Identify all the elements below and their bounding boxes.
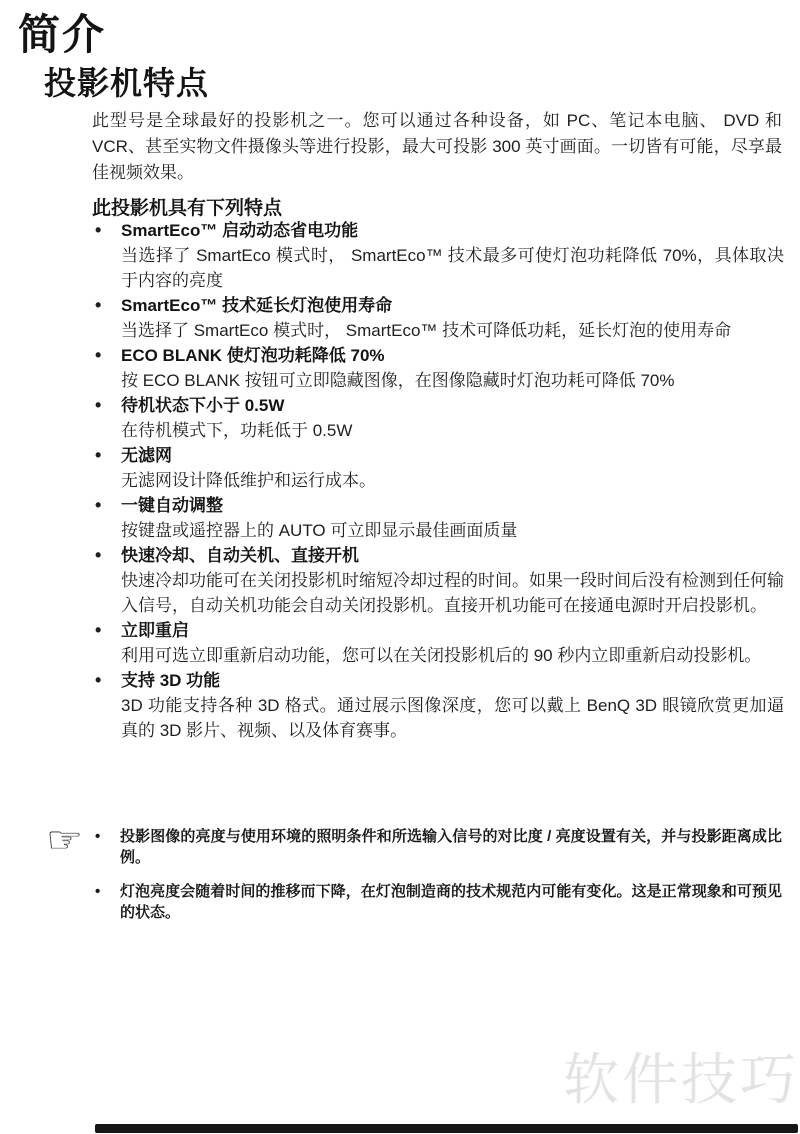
intro-paragraph: 此型号是全球最好的投影机之一。您可以通过各种设备，如 PC、笔记本电脑、 DVD… <box>92 108 782 186</box>
bottom-scan-bar <box>95 1124 798 1133</box>
feature-item: 待机状态下小于 0.5W 在待机模式下，功耗低于 0.5W <box>92 393 784 443</box>
features-heading: 此投影机具有下列特点 <box>92 193 282 220</box>
watermark-text: 软件技巧 <box>563 1036 799 1116</box>
feature-item: ECO BLANK 使灯泡功耗降低 70% 按 ECO BLANK 按钮可立即隐… <box>92 343 784 393</box>
feature-item: 快速冷却、自动关机、直接开机 快速冷却功能可在关闭投影机时缩短冷却过程的时间。如… <box>92 543 784 618</box>
feature-title: SmartEco™ 启动动态省电功能 <box>121 218 784 243</box>
feature-description: 利用可选立即重新启动功能，您可以在关闭投影机后的 90 秒内立即重新启动投影机。 <box>121 643 784 668</box>
feature-title: 支持 3D 功能 <box>121 668 784 693</box>
feature-title: 待机状态下小于 0.5W <box>121 393 784 418</box>
feature-description: 快速冷却功能可在关闭投影机时缩短冷却过程的时间。如果一段时间后没有检测到任何输入… <box>121 568 784 618</box>
feature-description: 按 ECO BLANK 按钮可立即隐藏图像，在图像隐藏时灯泡功耗可降低 70% <box>121 368 784 393</box>
feature-description: 无滤网设计降低维护和运行成本。 <box>121 468 784 493</box>
note-block: ☞ 投影图像的亮度与使用环境的照明条件和所选输入信号的对比度 / 亮度设置有关，… <box>48 826 782 936</box>
feature-item: 立即重启 利用可选立即重新启动功能，您可以在关闭投影机后的 90 秒内立即重新启… <box>92 618 784 668</box>
section-title: 投影机特点 <box>44 58 209 104</box>
feature-title: SmartEco™ 技术延长灯泡使用寿命 <box>121 293 784 318</box>
note-list: 投影图像的亮度与使用环境的照明条件和所选输入信号的对比度 / 亮度设置有关，并与… <box>48 826 782 923</box>
feature-item: SmartEco™ 启动动态省电功能 当选择了 SmartEco 模式时， Sm… <box>92 218 784 293</box>
feature-title: 一键自动调整 <box>121 493 784 518</box>
features-list: SmartEco™ 启动动态省电功能 当选择了 SmartEco 模式时， Sm… <box>92 218 784 743</box>
feature-description: 当选择了 SmartEco 模式时， SmartEco™ 技术最多可使灯泡功耗降… <box>121 243 784 293</box>
feature-item: 一键自动调整 按键盘或遥控器上的 AUTO 可立即显示最佳画面质量 <box>92 493 784 543</box>
feature-title: ECO BLANK 使灯泡功耗降低 70% <box>121 343 784 368</box>
manual-page: 简介 投影机特点 此型号是全球最好的投影机之一。您可以通过各种设备，如 PC、笔… <box>0 0 800 1134</box>
feature-item: 支持 3D 功能 3D 功能支持各种 3D 格式。通过展示图像深度，您可以戴上 … <box>92 668 784 743</box>
feature-title: 立即重启 <box>121 618 784 643</box>
feature-description: 3D 功能支持各种 3D 格式。通过展示图像深度，您可以戴上 BenQ 3D 眼… <box>121 693 784 743</box>
feature-description: 按键盘或遥控器上的 AUTO 可立即显示最佳画面质量 <box>121 518 784 543</box>
feature-item: SmartEco™ 技术延长灯泡使用寿命 当选择了 SmartEco 模式时， … <box>92 293 784 343</box>
feature-description: 在待机模式下，功耗低于 0.5W <box>121 418 784 443</box>
note-item: 灯泡亮度会随着时间的推移而下降，在灯泡制造商的技术规范内可能有变化。这是正常现象… <box>93 881 782 923</box>
feature-title: 快速冷却、自动关机、直接开机 <box>121 543 784 568</box>
feature-description: 当选择了 SmartEco 模式时， SmartEco™ 技术可降低功耗，延长灯… <box>121 318 784 343</box>
pointing-hand-icon: ☞ <box>46 822 83 858</box>
feature-title: 无滤网 <box>121 443 784 468</box>
note-item: 投影图像的亮度与使用环境的照明条件和所选输入信号的对比度 / 亮度设置有关，并与… <box>93 826 782 868</box>
page-title: 简介 <box>18 2 106 62</box>
feature-item: 无滤网 无滤网设计降低维护和运行成本。 <box>92 443 784 493</box>
